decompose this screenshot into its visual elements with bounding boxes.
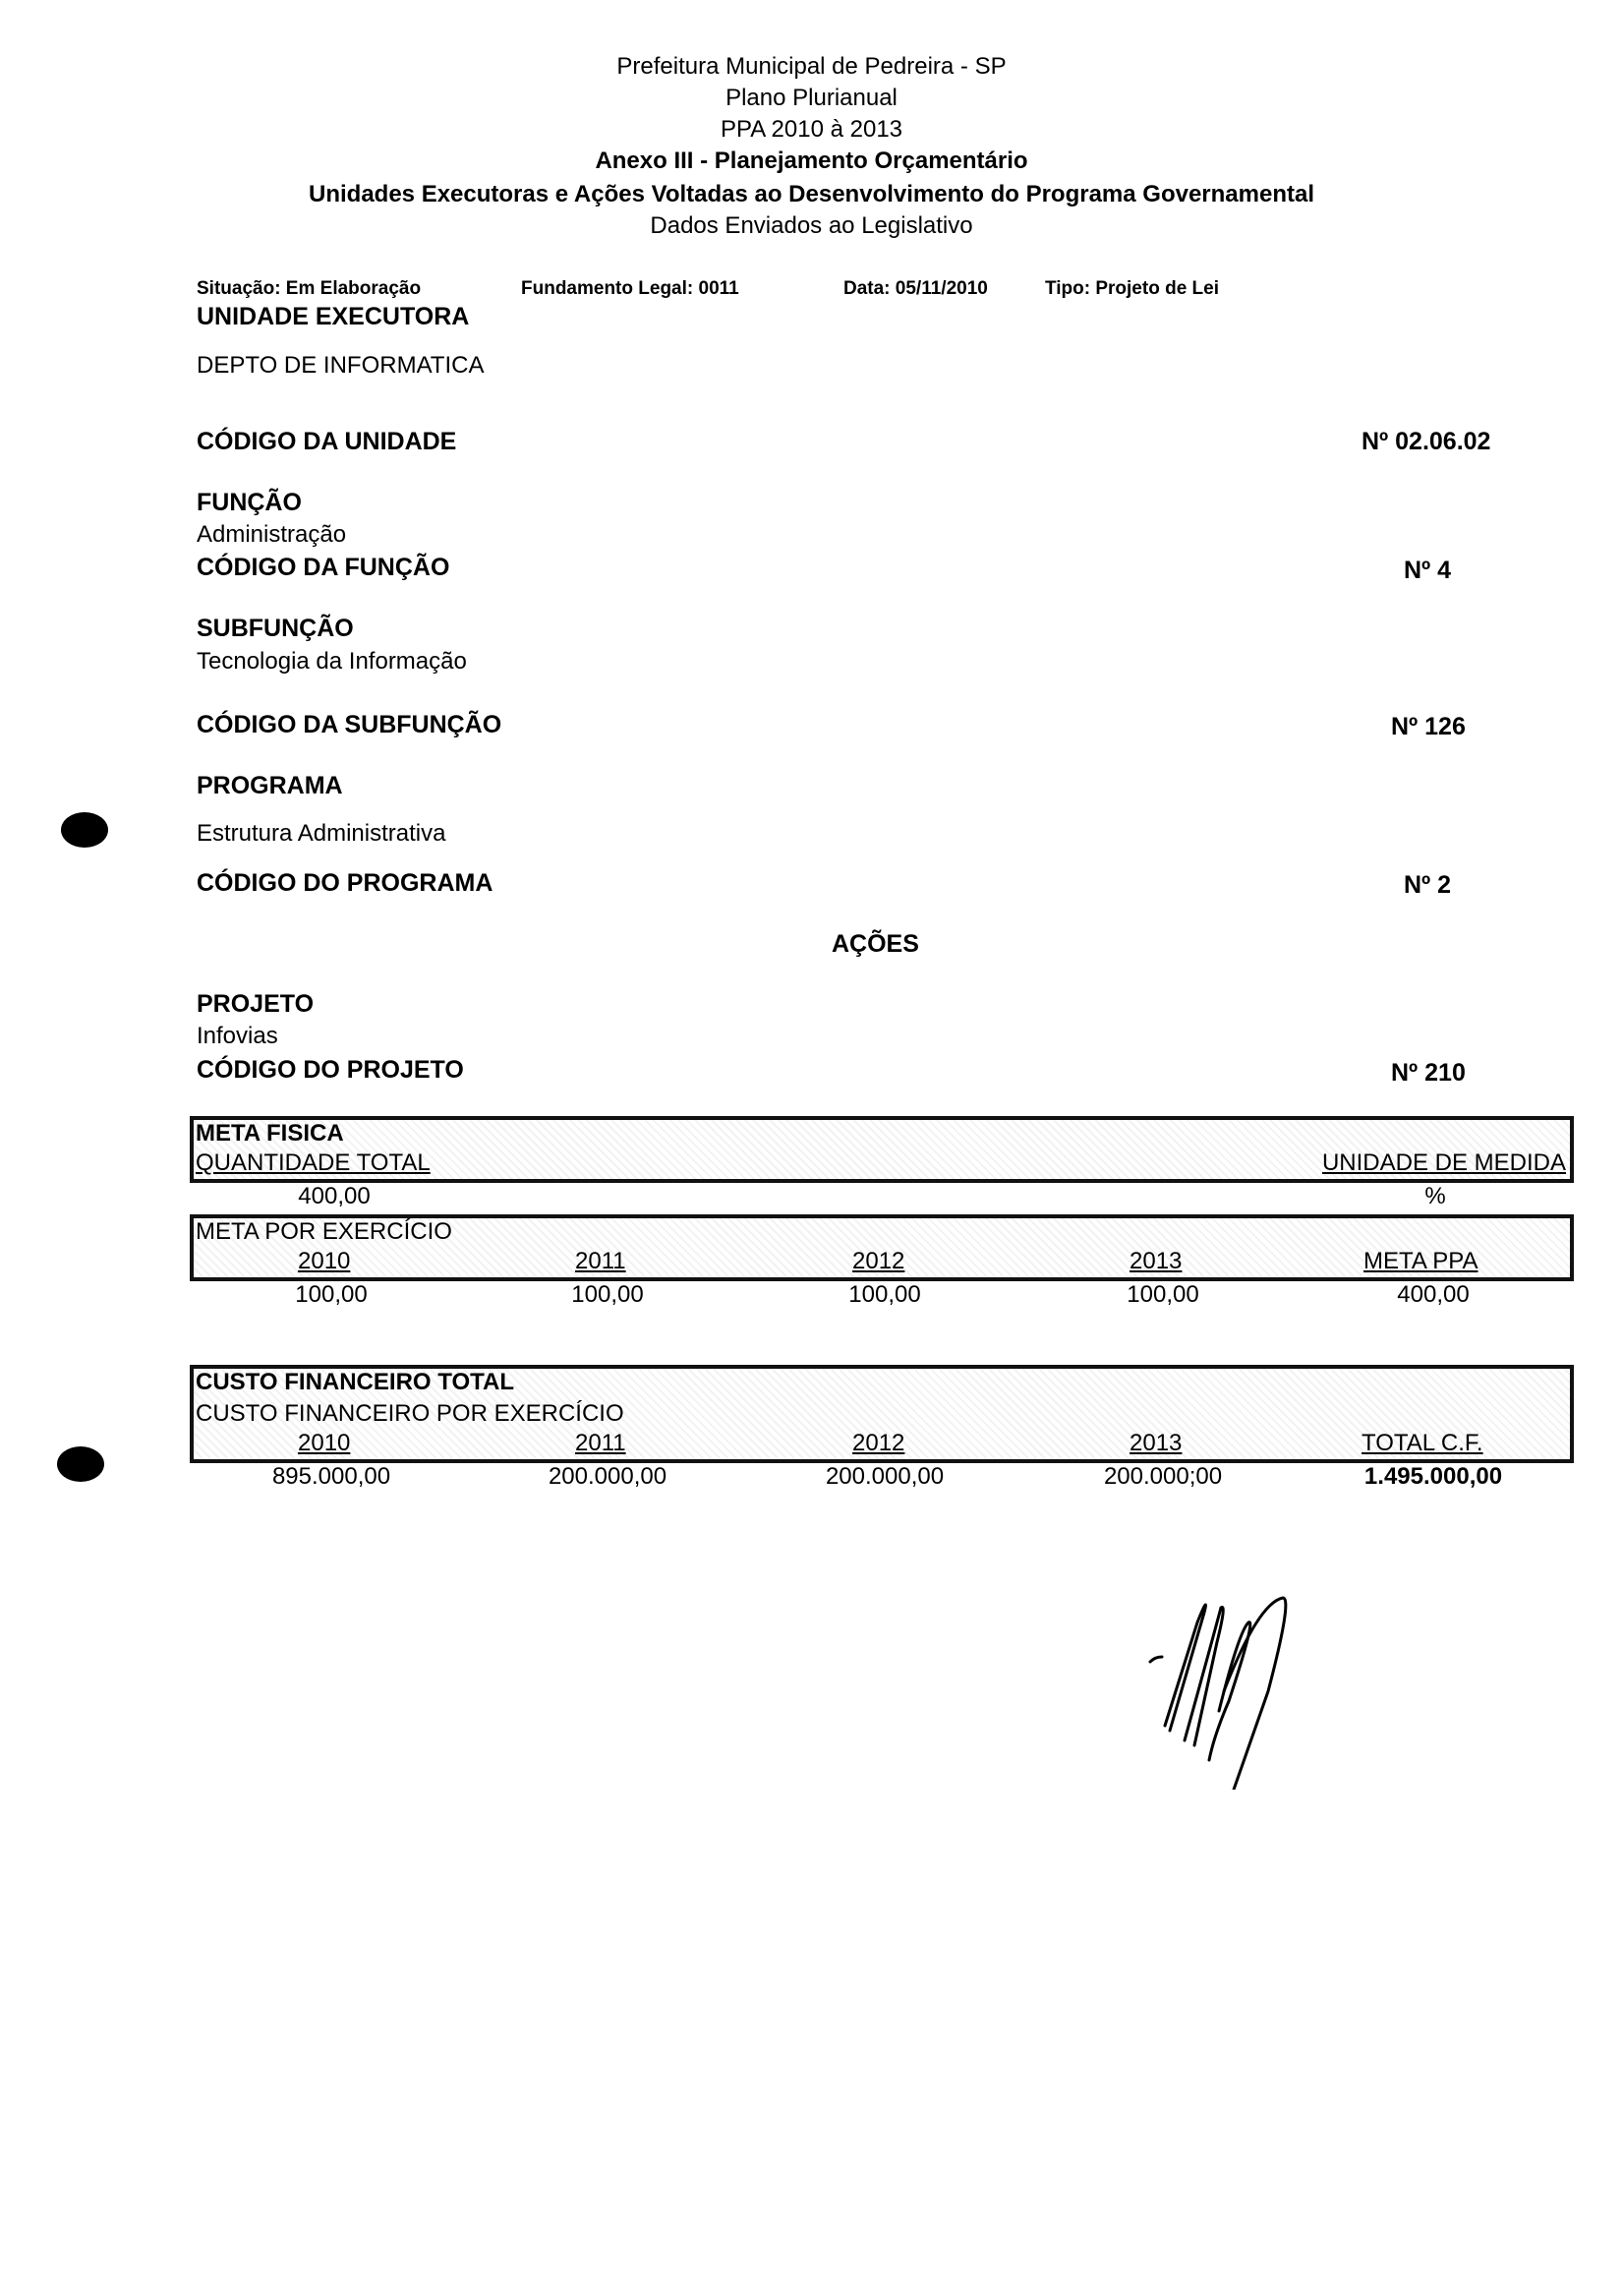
- unidade-code-label: CÓDIGO DA UNIDADE: [197, 428, 456, 456]
- meta-exercicio-value-2010: 100,00: [233, 1281, 430, 1309]
- meta-fisica-box: META FISICA QUANTIDADE TOTAL UNIDADE DE …: [190, 1116, 1574, 1183]
- projeto-value: Infovias: [197, 1023, 278, 1050]
- meta-fundamento: Fundamento Legal: 0011: [521, 278, 739, 300]
- meta-exercicio-header-2012: 2012: [852, 1248, 904, 1275]
- meta-exercicio-header-2011: 2011: [575, 1248, 626, 1275]
- custo-title: CUSTO FINANCEIRO TOTAL: [196, 1369, 514, 1396]
- custo-value-2011: 200.000,00: [509, 1463, 706, 1491]
- custo-subtitle: CUSTO FINANCEIRO POR EXERCÍCIO: [196, 1400, 624, 1428]
- projeto-label: PROJETO: [197, 990, 314, 1019]
- meta-fisica-unit-value: %: [1337, 1183, 1534, 1210]
- unidade-code-value: Nº 02.06.02: [1362, 428, 1490, 456]
- meta-fisica-qty-value: 400,00: [236, 1183, 433, 1210]
- meta-exercicio-value-2011: 100,00: [509, 1281, 706, 1309]
- programa-code-label: CÓDIGO DO PROGRAMA: [197, 869, 493, 898]
- meta-fisica-qty-label: QUANTIDADE TOTAL: [196, 1149, 431, 1177]
- meta-tipo: Tipo: Projeto de Lei: [1045, 278, 1219, 300]
- meta-exercicio-value-2013: 100,00: [1065, 1281, 1261, 1309]
- custo-header-2012: 2012: [852, 1430, 904, 1457]
- subfuncao-code-value: Nº 126: [1391, 713, 1466, 741]
- funcao-label: FUNÇÃO: [197, 489, 302, 517]
- projeto-code-label: CÓDIGO DO PROJETO: [197, 1056, 464, 1085]
- punch-hole-mark: [57, 1446, 104, 1482]
- programa-label: PROGRAMA: [197, 772, 343, 800]
- unidade-value: DEPTO DE INFORMATICA: [197, 352, 484, 380]
- custo-header-2010: 2010: [298, 1430, 350, 1457]
- header-subtitle: Unidades Executoras e Ações Voltadas ao …: [0, 183, 1623, 206]
- funcao-value: Administração: [197, 521, 346, 549]
- unidade-label: UNIDADE EXECUTORA: [197, 303, 469, 331]
- header-municipality: Prefeitura Municipal de Pedreira - SP: [0, 55, 1623, 79]
- header-period: PPA 2010 à 2013: [0, 118, 1623, 142]
- funcao-code-label: CÓDIGO DA FUNÇÃO: [197, 554, 449, 582]
- header-annex: Anexo III - Planejamento Orçamentário: [0, 149, 1623, 173]
- programa-code-value: Nº 2: [1404, 871, 1451, 900]
- acoes-heading: AÇÕES: [832, 930, 919, 959]
- meta-data: Data: 05/11/2010: [843, 278, 988, 300]
- signature-icon: [1111, 1563, 1307, 1790]
- header-sent: Dados Enviados ao Legislativo: [0, 214, 1623, 238]
- meta-exercicio-box: META POR EXERCÍCIO 2010 2011 2012 2013 M…: [190, 1214, 1574, 1281]
- custo-header-total: TOTAL C.F.: [1362, 1430, 1483, 1457]
- punch-hole-mark: [61, 812, 108, 848]
- meta-exercicio-header-meta-ppa: META PPA: [1363, 1248, 1478, 1275]
- subfuncao-code-label: CÓDIGO DA SUBFUNÇÃO: [197, 711, 501, 739]
- meta-exercicio-title: META POR EXERCÍCIO: [196, 1218, 452, 1246]
- meta-situacao: Situação: Em Elaboração: [197, 278, 421, 300]
- meta-exercicio-header-2010: 2010: [298, 1248, 350, 1275]
- programa-value: Estrutura Administrativa: [197, 820, 445, 848]
- projeto-code-value: Nº 210: [1391, 1059, 1466, 1088]
- meta-exercicio-value-meta-ppa: 400,00: [1335, 1281, 1532, 1309]
- meta-exercicio-header-2013: 2013: [1130, 1248, 1182, 1275]
- meta-fisica-unit-label: UNIDADE DE MEDIDA: [1322, 1149, 1566, 1177]
- meta-exercicio-value-2012: 100,00: [786, 1281, 983, 1309]
- custo-value-2013: 200.000;00: [1065, 1463, 1261, 1491]
- funcao-code-value: Nº 4: [1404, 557, 1451, 585]
- custo-value-total: 1.495.000,00: [1335, 1463, 1532, 1491]
- custo-value-2012: 200.000,00: [786, 1463, 983, 1491]
- custo-box: CUSTO FINANCEIRO TOTAL CUSTO FINANCEIRO …: [190, 1365, 1574, 1463]
- custo-value-2010: 895.000,00: [233, 1463, 430, 1491]
- custo-header-2011: 2011: [575, 1430, 626, 1457]
- custo-header-2013: 2013: [1130, 1430, 1182, 1457]
- subfuncao-label: SUBFUNÇÃO: [197, 615, 354, 643]
- header-plan: Plano Plurianual: [0, 87, 1623, 110]
- meta-fisica-title: META FISICA: [196, 1120, 344, 1148]
- subfuncao-value: Tecnologia da Informação: [197, 648, 467, 676]
